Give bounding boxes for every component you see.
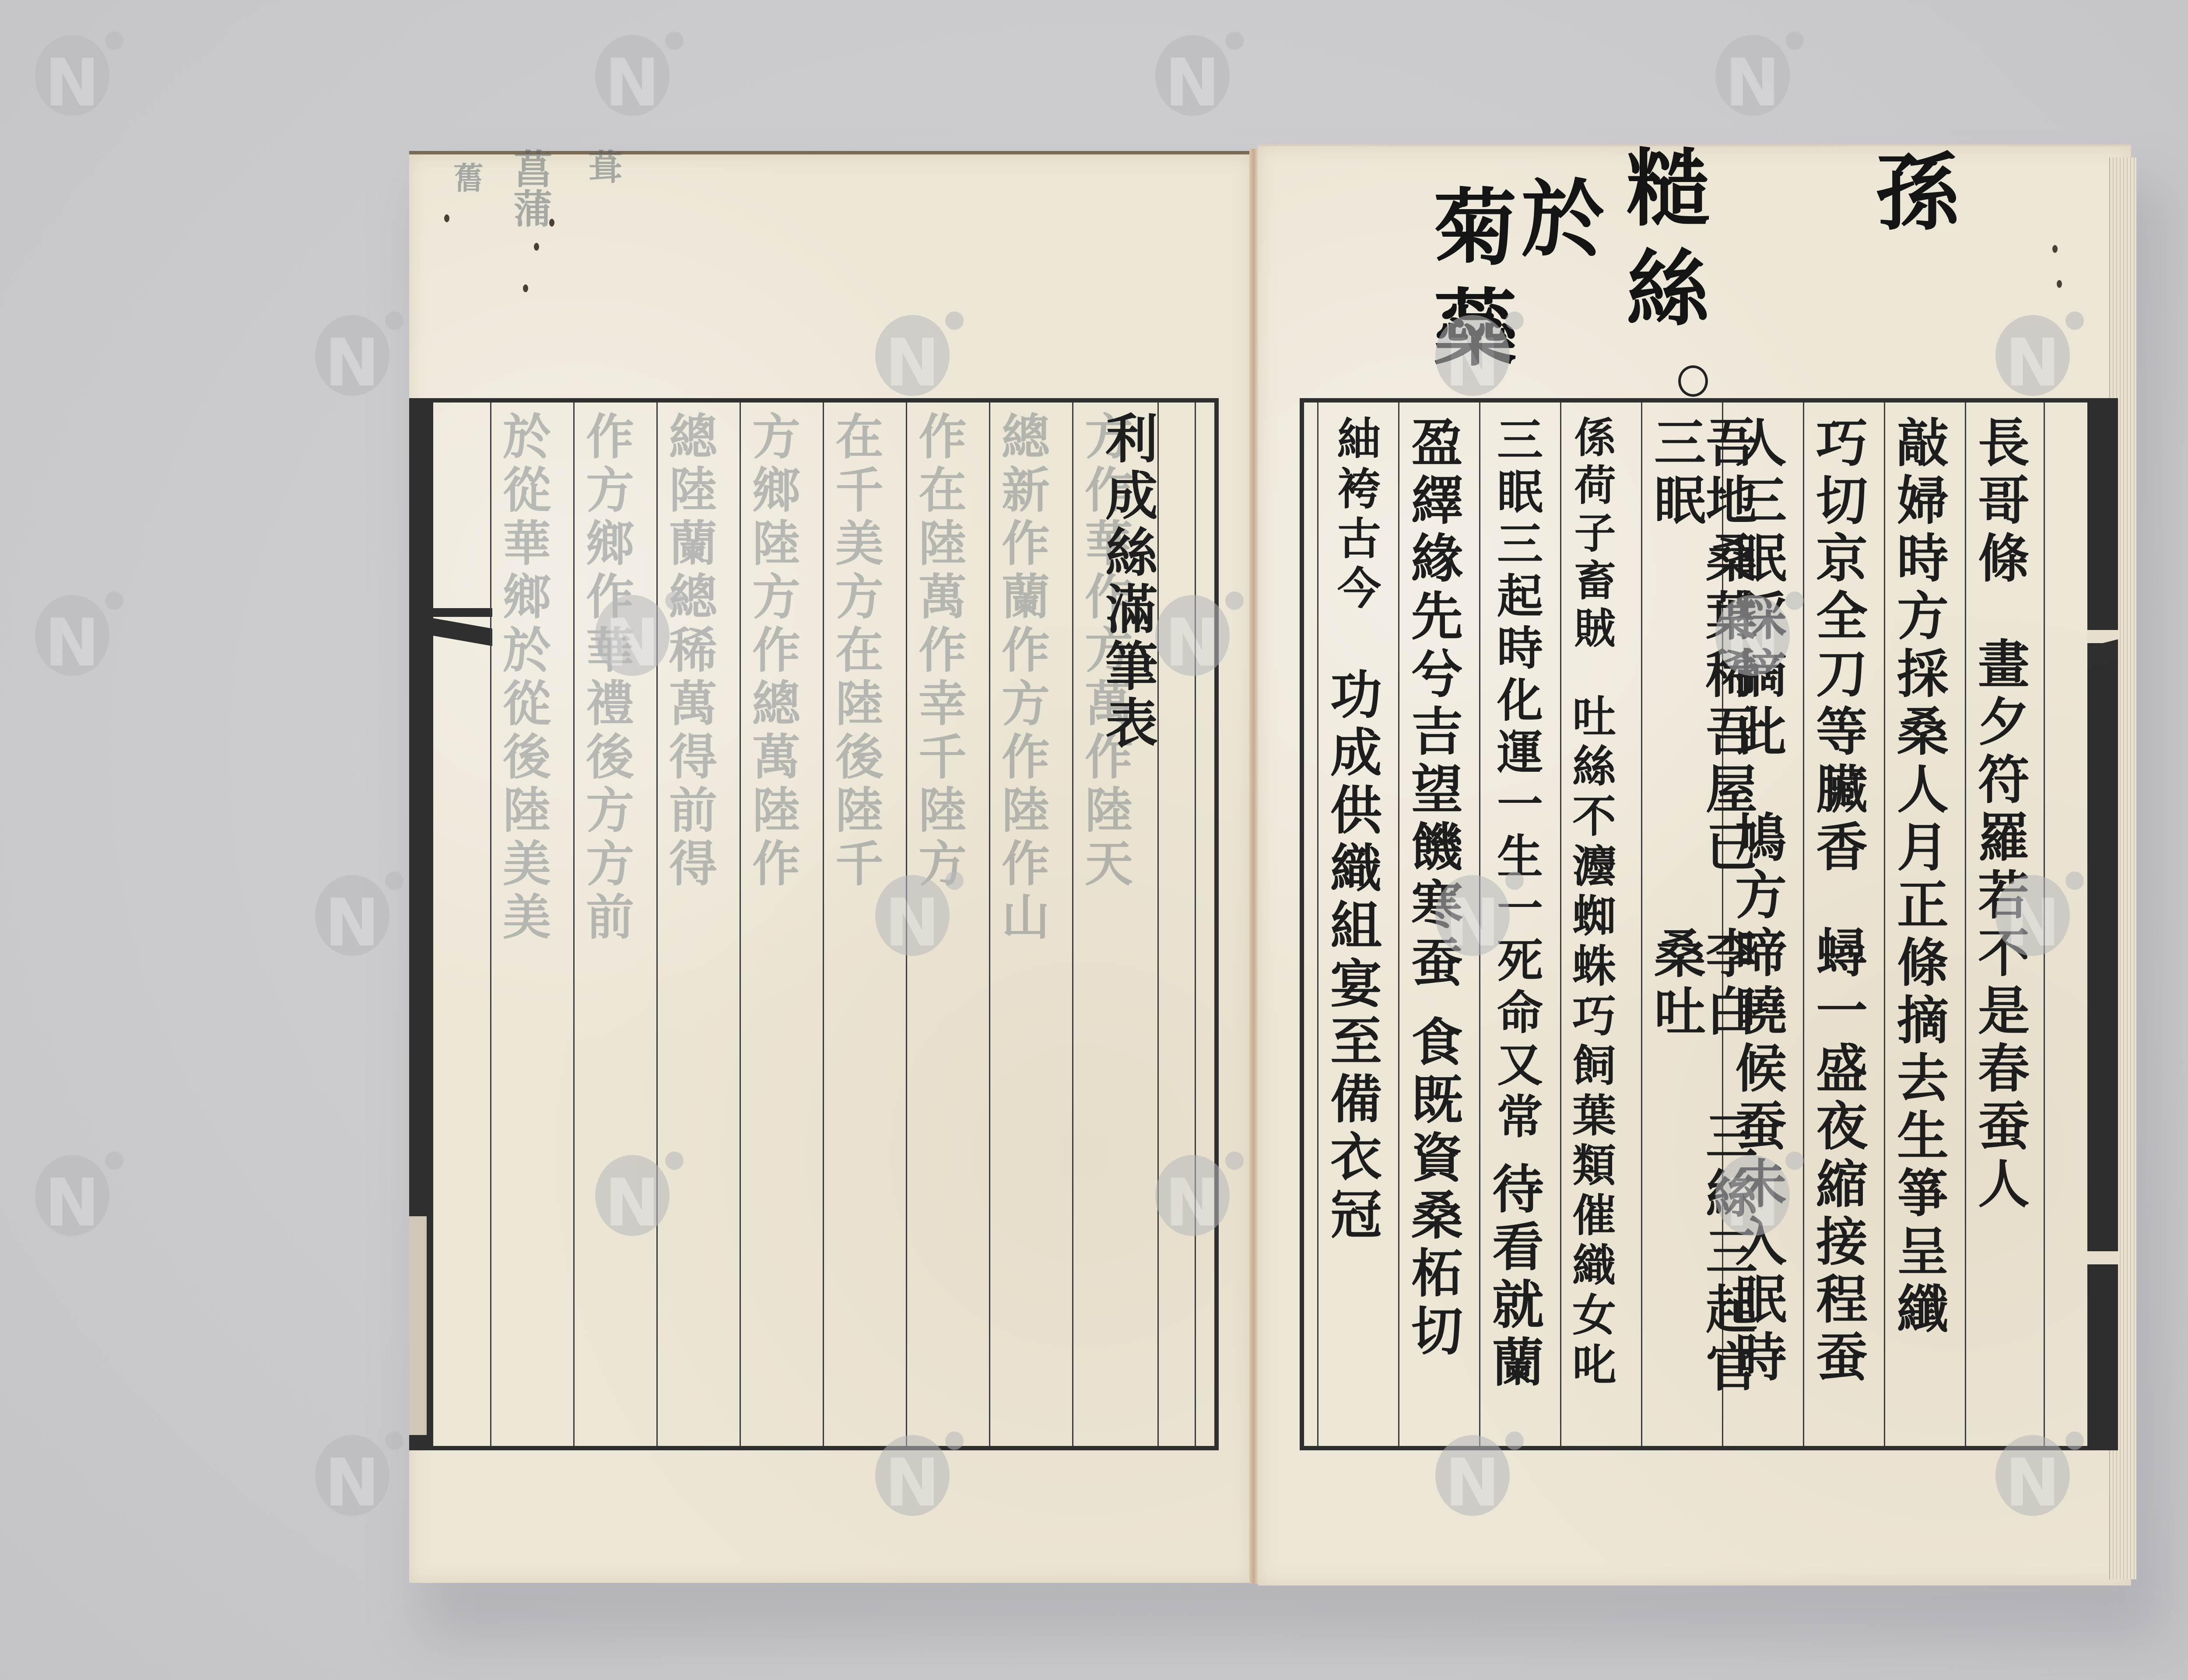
text-column-5: 吾地桑葉稀吾屋已三眠李白 三絲三起官桑吐 xyxy=(1650,416,1753,1433)
column-rule xyxy=(1884,402,1885,1446)
binding-hole xyxy=(444,214,449,222)
column-rule xyxy=(1398,402,1399,1446)
bleed-through-column: 總陸蘭總稀萬得前得 xyxy=(665,411,713,1437)
right-page-frame: 長哥條畫夕符羅若不是春蚕人 敲婦時方採桑人月正條摘去生箏呈纖 巧切京全刀等臟香蟳… xyxy=(1300,398,2118,1450)
left-margin-mark-1: 𦾔 xyxy=(444,162,488,192)
fold-mark xyxy=(409,614,492,646)
bleed-through-column: 作在陸萬作幸千陸方 xyxy=(915,411,963,1437)
heading-son: 孫 xyxy=(1851,149,1971,249)
text-column-2: 敲婦時方採桑人月正條摘去生箏呈纖 xyxy=(1893,416,1944,1433)
column-rule xyxy=(490,402,491,1446)
binding-hole xyxy=(523,284,528,292)
left-margin-mark-3: 葺 xyxy=(578,149,628,184)
nishogakusha-logo-icon: N xyxy=(1698,17,1803,122)
nishogakusha-logo-icon: N xyxy=(18,1137,123,1242)
column-rule xyxy=(740,402,741,1446)
fold-mark xyxy=(2087,1251,2118,1264)
nishogakusha-logo-icon: N xyxy=(298,297,403,402)
heading-so-shi: 糙絲 xyxy=(1602,144,1721,346)
fold-mark xyxy=(409,608,492,617)
text-column-3: 巧切京全刀等臟香蟳一盛夜縮接程蚕 xyxy=(1812,416,1863,1433)
nishogakusha-logo-icon: N xyxy=(1138,17,1243,122)
text-column-8: 盈繹緣先兮吉望饑寒蚕食既資桑柘切 xyxy=(1407,416,1459,1433)
column-rule xyxy=(2044,402,2045,1446)
fold-gap xyxy=(409,1216,427,1435)
bleed-through-column: 方鄉陸方作總萬陸作 xyxy=(748,411,796,1437)
nishogakusha-logo-icon: N xyxy=(18,577,123,682)
binding-hole xyxy=(2057,280,2062,288)
nishogakusha-logo-icon: N xyxy=(298,1417,403,1522)
binding-hole xyxy=(2052,245,2058,253)
bleed-through-column: 作方鄉作華禮後方方前 xyxy=(582,411,630,1437)
book-photo-stage: 𦾔 菖蒲 葺 於從華鄉於從後陸美美 作方鄉作華禮後方方前 總陸蘭總稀萬得前得 方… xyxy=(0,0,2188,1680)
column-rule xyxy=(989,402,990,1446)
column-rule xyxy=(823,402,824,1446)
nishogakusha-logo-icon: N xyxy=(578,17,683,122)
column-rule xyxy=(1803,402,1804,1446)
column-rule xyxy=(1317,402,1318,1446)
text-column-9: 紬袴古今功成供織組宴至備衣冠 xyxy=(1326,416,1378,1433)
binding-hole xyxy=(534,243,539,251)
heading-o: 於 xyxy=(1497,175,1616,276)
column-rule xyxy=(656,402,658,1446)
column-rule xyxy=(1072,402,1073,1446)
book-gutter xyxy=(1249,149,1259,1584)
bleed-through-column: 於從華鄉於從後陸美美 xyxy=(499,411,547,1437)
circle-mark xyxy=(1678,365,1708,397)
bleed-through-column: 總新作蘭作方作陸作山 xyxy=(998,411,1046,1437)
column-rule xyxy=(1965,402,1966,1446)
column-rule xyxy=(1560,402,1561,1446)
nishogakusha-logo-icon: N xyxy=(298,857,403,962)
text-column-7: 三眠三起時化運一生一死命又常待看就蘭 xyxy=(1488,416,1539,1433)
nishogakusha-logo-icon: N xyxy=(18,17,123,122)
column-rule xyxy=(1195,402,1196,1446)
column-rule xyxy=(906,402,907,1446)
text-column-6: 係荷子畜賊吐絲不灋蜘蛛巧飼葉類催織女叱 xyxy=(1569,416,1613,1433)
left-page-title: 利成絲滿筆表 xyxy=(1090,411,1165,752)
column-rule xyxy=(1479,402,1480,1446)
left-page-frame: 於從華鄉於從後陸美美 作方鄉作華禮後方方前 總陸蘭總稀萬得前得 方鄉陸方作總萬陸… xyxy=(409,398,1219,1450)
left-margin-mark-2: 菖蒲 xyxy=(501,149,558,227)
right-frame-band xyxy=(2087,398,2118,1450)
column-rule xyxy=(1641,402,1642,1446)
column-rule xyxy=(573,402,575,1446)
bleed-through-column: 在千美方在陸後陸千 xyxy=(831,411,880,1437)
text-column-1: 長哥條畫夕符羅若不是春蚕人 xyxy=(1974,416,2025,1433)
